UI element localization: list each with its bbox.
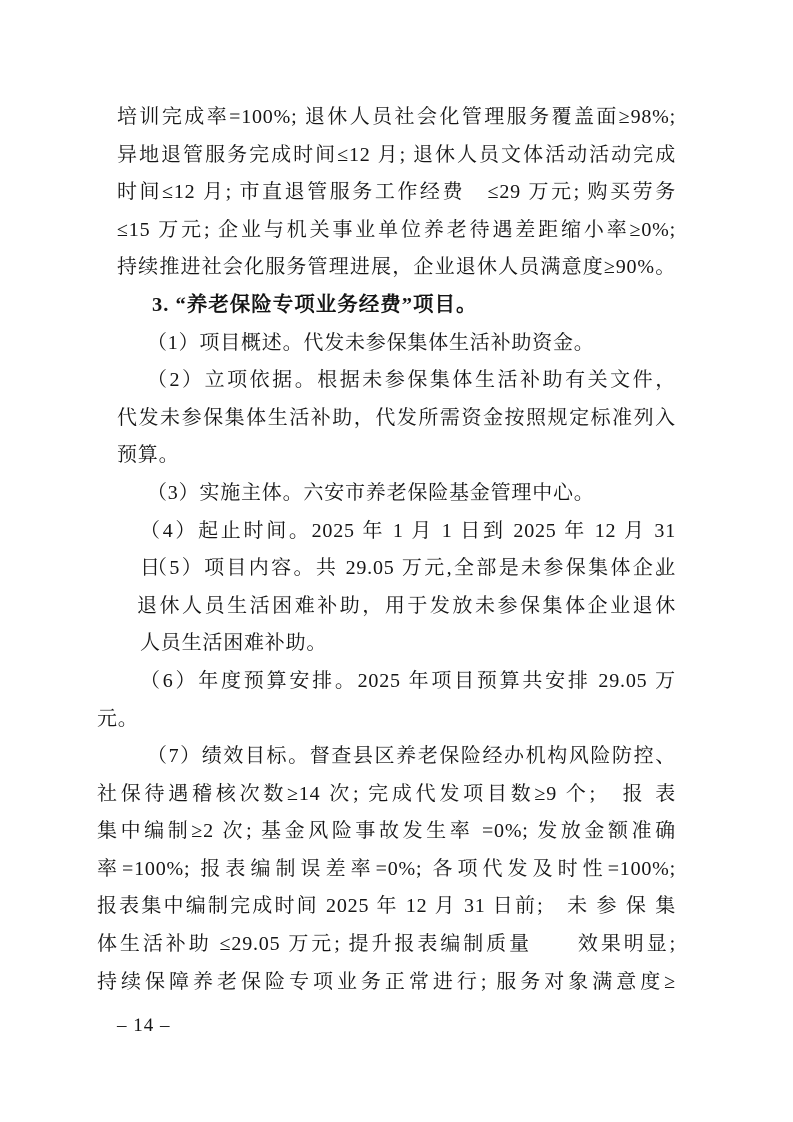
paragraph-performance-targets: （7）绩效目标。督查县区养老保险经办机构风险防控、 社保待遇稽核次数≥14 次;… (97, 738, 676, 1001)
section-heading: 3. “养老保险专项业务经费”项目。 (152, 287, 676, 325)
doc-line: 人员生活困难补助。 (140, 625, 676, 663)
doc-line: （6）年度预算安排。2025 年项目预算共安排 29.05 万 (140, 663, 676, 701)
doc-line: 社保待遇稽核次数≥14 次; 完成代发项目数≥9 个; 报 表 (97, 776, 676, 814)
paragraph-project-overview: （1）项目概述。代发未参保集体生活补助资金。 (97, 325, 676, 363)
doc-line: 时间≤12 月; 市直退管服务工作经费 ≤29 万元; 购买劳务 (117, 174, 676, 212)
doc-line: ≤15 万元; 企业与机关事业单位养老待遇差距缩小率≥0%; (117, 212, 676, 250)
paragraph-implementing-entity: （3）实施主体。六安市养老保险基金管理中心。 (97, 475, 676, 513)
doc-line: 元。 (97, 701, 676, 739)
paragraph-annual-budget: （6）年度预算安排。2025 年项目预算共安排 29.05 万 元。 (97, 663, 676, 738)
paragraph-project-content: （5）项目内容。共 29.05 万元,全部是未参保集体企业 退休人员生活困难补助… (97, 550, 676, 663)
doc-line: （4）起止时间。2025 年 1 月 1 日到 2025 年 12 月 31 日… (140, 513, 676, 551)
doc-line: 报表集中编制完成时间 2025 年 12 月 31 日前; 未 参 保 集 (97, 888, 676, 926)
doc-line: （7）绩效目标。督查县区养老保险经办机构风险防控、 (147, 738, 676, 776)
paragraph-project-basis: （2）立项依据。根据未参保集体生活补助有关文件， 代发未参保集体生活补助，代发所… (97, 362, 676, 475)
doc-line: （2）立项依据。根据未参保集体生活补助有关文件， (147, 362, 676, 400)
document-page: 培训完成率=100%; 退休人员社会化管理服务覆盖面≥98%; 异地退管服务完成… (0, 0, 793, 1122)
paragraph-performance-indicators-continued: 培训完成率=100%; 退休人员社会化管理服务覆盖面≥98%; 异地退管服务完成… (97, 99, 676, 287)
doc-line: 率=100%; 报表编制误差率=0%; 各项代发及时性=100%; (97, 851, 676, 889)
doc-line: 持续推进社会化服务管理进展，企业退休人员满意度≥90%。 (117, 249, 676, 287)
page-body: 培训完成率=100%; 退休人员社会化管理服务覆盖面≥98%; 异地退管服务完成… (97, 99, 676, 1038)
paragraph-project-period: （4）起止时间。2025 年 1 月 1 日到 2025 年 12 月 31 日… (97, 513, 676, 551)
page-footer: – 14 – (117, 1014, 676, 1038)
doc-line: 异地退管服务完成时间≤12 月; 退休人员文体活动活动完成 (117, 137, 676, 175)
doc-line: 培训完成率=100%; 退休人员社会化管理服务覆盖面≥98%; (117, 99, 676, 137)
section-heading-project-3: 3. “养老保险专项业务经费”项目。 (97, 287, 676, 325)
doc-line: （5）项目内容。共 29.05 万元,全部是未参保集体企业 (147, 550, 676, 588)
page-number: – 14 – (117, 1015, 171, 1036)
doc-line: 代发未参保集体生活补助，代发所需资金按照规定标准列入 (117, 400, 676, 438)
doc-line: 持续保障养老保险专项业务正常进行; 服务对象满意度≥ (97, 964, 676, 1002)
doc-line: （1）项目概述。代发未参保集体生活补助资金。 (147, 325, 676, 363)
doc-line: 退休人员生活困难补助，用于发放未参保集体企业退休 (137, 588, 676, 626)
doc-line: 集中编制≥2 次; 基金风险事故发生率 =0%; 发放金额准确 (97, 813, 676, 851)
doc-line: 预算。 (117, 437, 676, 475)
doc-line: 体生活补助 ≤29.05 万元; 提升报表编制质量 效果明显; (97, 926, 676, 964)
doc-line: （3）实施主体。六安市养老保险基金管理中心。 (147, 475, 676, 513)
